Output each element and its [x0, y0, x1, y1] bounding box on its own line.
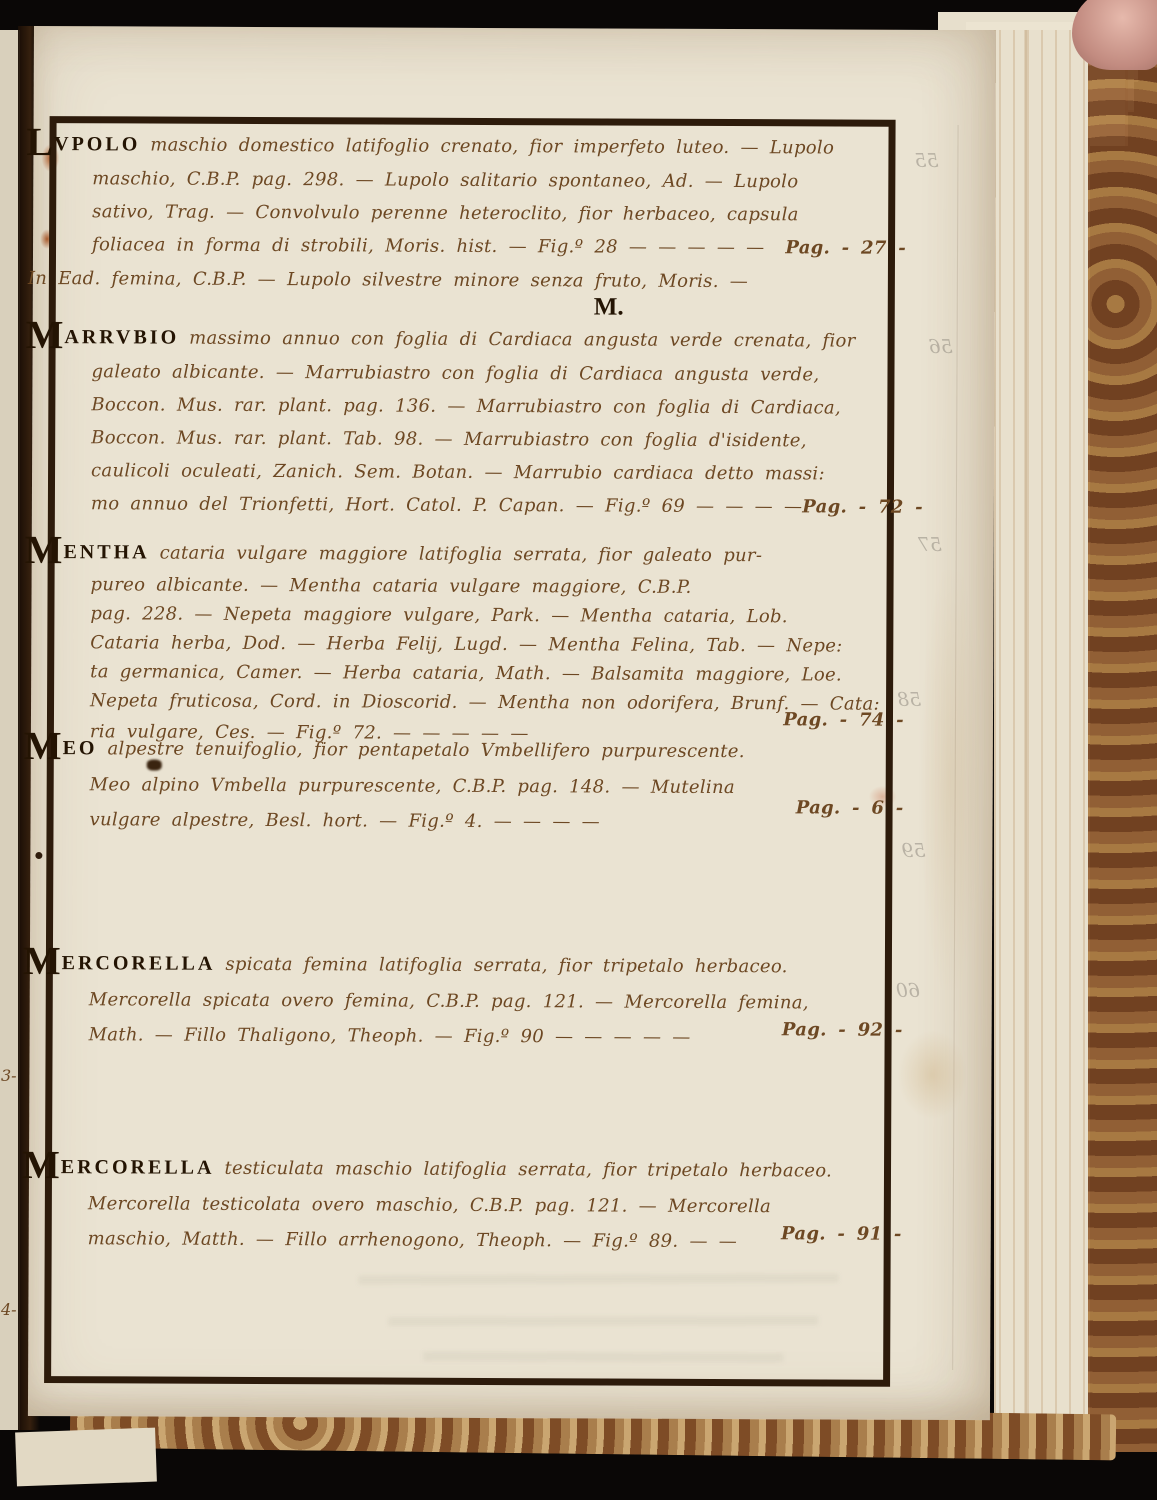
entry-line: pureo albicante. — Mentha cataria vulgar… [24, 570, 908, 603]
margin-fragment: 4- [1, 1302, 17, 1318]
previous-page-edge: 3- 4- [0, 30, 20, 1430]
entry-line: sativo, Trag. — Convolvulo perenne heter… [26, 195, 910, 232]
fingertip [1072, 0, 1157, 70]
entry-line: Math. — Fillo Thaligono, Theoph. — Fig.º… [89, 1018, 691, 1055]
bleed-through-number: 56 [929, 336, 953, 358]
ink-blot [35, 852, 42, 859]
entry-line: Nepeta fruticosa, Cord. in Dioscorid. — … [24, 686, 908, 719]
headword-initial: M [23, 938, 61, 983]
entry-line: In Ead. femina, C.B.P. — Lupolo silvestr… [26, 262, 910, 299]
manuscript-page: 55 56 57 58 59 60 M. LVPOLOmaschio domes… [28, 26, 996, 1420]
entry-line: alpestre tenuifoglio, fior pentapetalo V… [107, 738, 744, 762]
entry-line: maschio, Matth. — Fillo arrhenogono, The… [88, 1222, 738, 1259]
headword: ARRVBIO [64, 326, 179, 349]
page-reference: Pag. - 91 - [781, 1217, 902, 1252]
entry-line: ta germanica, Camer. — Herba cataria, Ma… [24, 657, 908, 690]
entry-line: Mercorella testicolata overo maschio, C.… [22, 1186, 906, 1226]
entry-line: testiculata maschio latifoglia serrata, … [224, 1158, 832, 1182]
entry-line: massimo annuo con foglia di Cardiaca ang… [189, 328, 856, 352]
entry-line: maschio domestico latifoglio crenato, fi… [150, 135, 834, 159]
page-reference: Pag. - 6 - [796, 791, 904, 825]
page-reference: Pag. - 72 - [802, 490, 923, 525]
entry-lupolo: LVPOLOmaschio domestico latifoglio crena… [26, 127, 911, 299]
ink-border-frame: M. LVPOLOmaschio domestico latifoglio cr… [44, 116, 896, 1387]
headword-initial: M [22, 1142, 60, 1187]
headword: ERCORELLA [62, 952, 216, 975]
manuscript-photo: 3- 4- 55 56 57 58 59 60 M. LVPOLOm [0, 0, 1157, 1500]
entry-line: caulicoli oculeati, Zanich. Sem. Botan. … [25, 454, 909, 491]
entry-line: mo annuo del Trionfetti, Hort. Catol. P.… [91, 487, 803, 524]
entry-marrubio: MARRVBIOmassimo annuo con foglia di Card… [25, 320, 910, 525]
entry-line: galeato albicante. — Marrubiastro con fo… [25, 355, 909, 392]
headword-initial: M [24, 723, 62, 768]
entry-line: pag. 228. — Nepeta maggiore vulgare, Par… [24, 599, 908, 632]
entry-mercorella-femina: MERCORELLAspicata femina latifoglia serr… [23, 946, 907, 1056]
entry-line: vulgare alpestre, Besl. hort. — Fig.º 4.… [89, 803, 600, 839]
entry-line: cataria vulgare maggiore latifoglia serr… [160, 543, 763, 567]
entry-line: Boccon. Mus. rar. plant. Tab. 98. — Marr… [25, 421, 909, 458]
entry-line: foliacea in forma di strobili, Moris. hi… [92, 228, 765, 265]
entry-line: spicata femina latifoglia serrata, fior … [225, 954, 787, 977]
page-reference: Pag. - 92 - [782, 1013, 903, 1048]
entry-meo: MEOalpestre tenuifoglio, fior pentapetal… [23, 731, 907, 841]
entry-mercorella-maschio: MERCORELLAtesticulata maschio latifoglia… [22, 1150, 906, 1260]
bleed-through-number: 59 [901, 840, 925, 862]
entry-line: Boccon. Mus. rar. plant. pag. 136. — Mar… [25, 388, 909, 425]
entry-mentha: MENTHAcataria vulgare maggiore latifogli… [24, 535, 909, 753]
binding-leather [1088, 52, 1157, 1452]
headword: VPOLO [54, 133, 140, 155]
page-reference: Pag. - 74 - [783, 703, 904, 738]
headword-initial: M [26, 312, 64, 357]
fore-edge-pages [994, 30, 1090, 1422]
headword-initial: L [26, 119, 53, 164]
entry-line: Cataria herba, Dod. — Herba Felij, Lugd.… [24, 628, 908, 661]
bleed-through-number: 57 [918, 534, 942, 556]
headword-initial: M [25, 527, 63, 572]
fox-stain [920, 570, 982, 990]
headword: EO [63, 737, 98, 759]
entry-line: Mercorella spicata overo femina, C.B.P. … [23, 982, 907, 1022]
section-header-m: M. [594, 293, 624, 321]
headword: ENTHA [63, 541, 149, 563]
lower-page-corner [15, 1428, 157, 1487]
fox-stain [897, 1030, 967, 1120]
entry-line: Meo alpino Vmbella purpurescente, C.B.P.… [24, 767, 908, 807]
bleed-through-number: 55 [914, 150, 938, 172]
page-reference: Pag. - 27 - [785, 231, 906, 266]
headword: ERCORELLA [61, 1156, 215, 1179]
margin-fragment: 3- [1, 1068, 17, 1084]
entry-line: maschio, C.B.P. pag. 298. — Lupolo salit… [26, 162, 910, 199]
